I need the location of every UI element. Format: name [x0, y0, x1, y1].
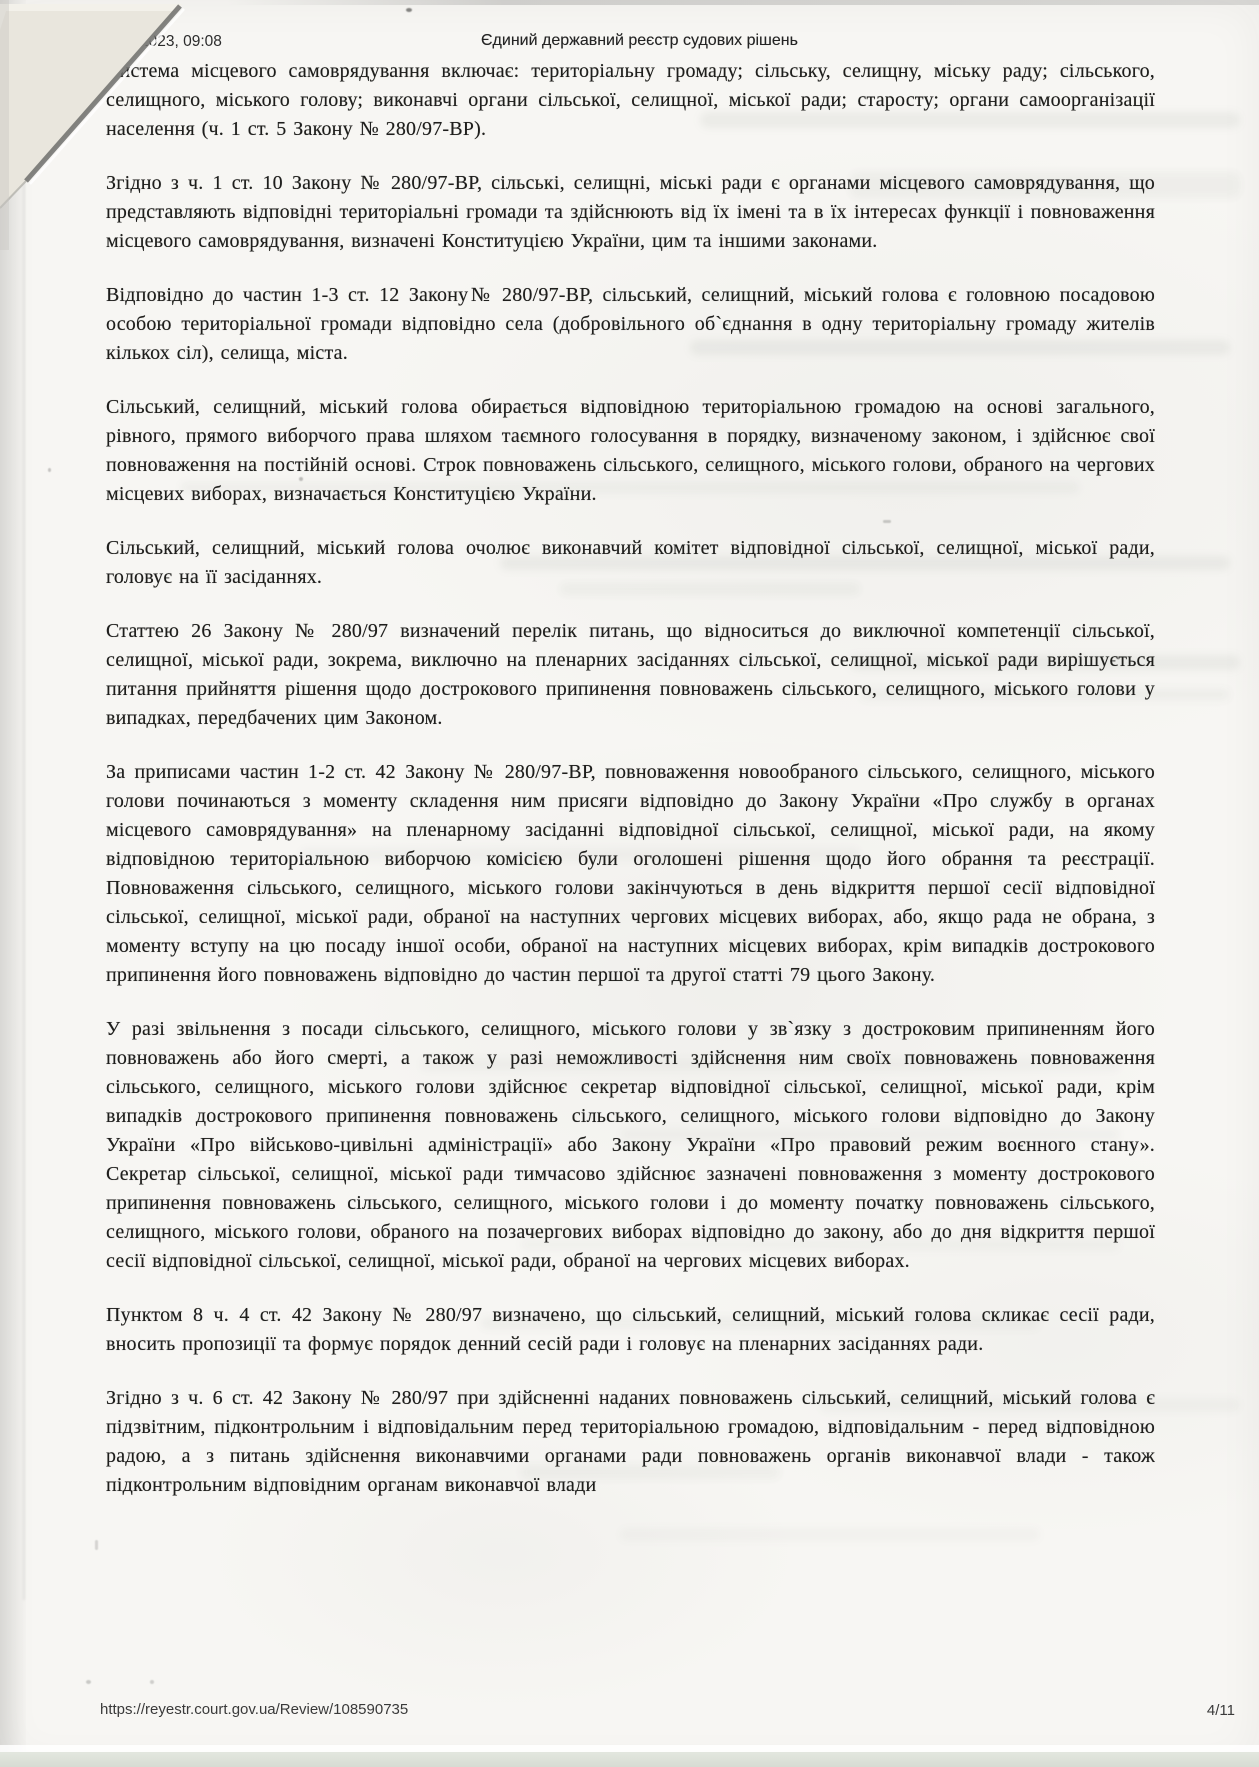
scanned-document-page: 2023, 09:08 Єдиний державний реєстр судо…: [0, 0, 1259, 1767]
speck: [883, 520, 891, 523]
corner-fold: [0, 0, 240, 250]
speck: [48, 468, 51, 472]
footer-url: https://reyestr.court.gov.ua/Review/1085…: [100, 1701, 408, 1718]
paragraph: За приписами частин 1-2 ст. 42 Закону № …: [106, 758, 1155, 990]
speck: [150, 1680, 154, 1684]
speck: [530, 1232, 535, 1236]
speck: [95, 1540, 98, 1550]
scan-bottom-gap: [0, 1745, 1259, 1752]
paragraph: Згідно з ч. 6 ст. 42 Закону № 280/97 при…: [106, 1384, 1155, 1500]
paragraph: Відповідно до частин 1-3 ст. 12 Закону№ …: [106, 281, 1155, 368]
paragraph: У разі звільнення з посади сільського, с…: [106, 1015, 1155, 1276]
speck: [299, 477, 303, 481]
scan-left-crease: [23, 170, 25, 1600]
scan-bottom-edge: [0, 1752, 1259, 1767]
paragraph: Сільський, селищний, міський голова очол…: [106, 534, 1155, 592]
document-body: Система місцевого самоврядування включає…: [106, 57, 1155, 1500]
page-number: 4/11: [1207, 1702, 1235, 1719]
bleed-through: [620, 1528, 1040, 1541]
speck: [406, 8, 412, 12]
paragraph: Система місцевого самоврядування включає…: [106, 57, 1155, 144]
paragraph: Сільський, селищний, міський голова обир…: [106, 393, 1155, 509]
paragraph: Згідно з ч. 1 ст. 10 Закону № 280/97-ВР,…: [106, 169, 1155, 256]
paragraph: Пунктом 8 ч. 4 ст. 42 Закону № 280/97 ви…: [106, 1301, 1155, 1359]
speck: [86, 1680, 91, 1684]
paragraph: Статтею 26 Закону № 280/97 визначений пе…: [106, 617, 1155, 733]
